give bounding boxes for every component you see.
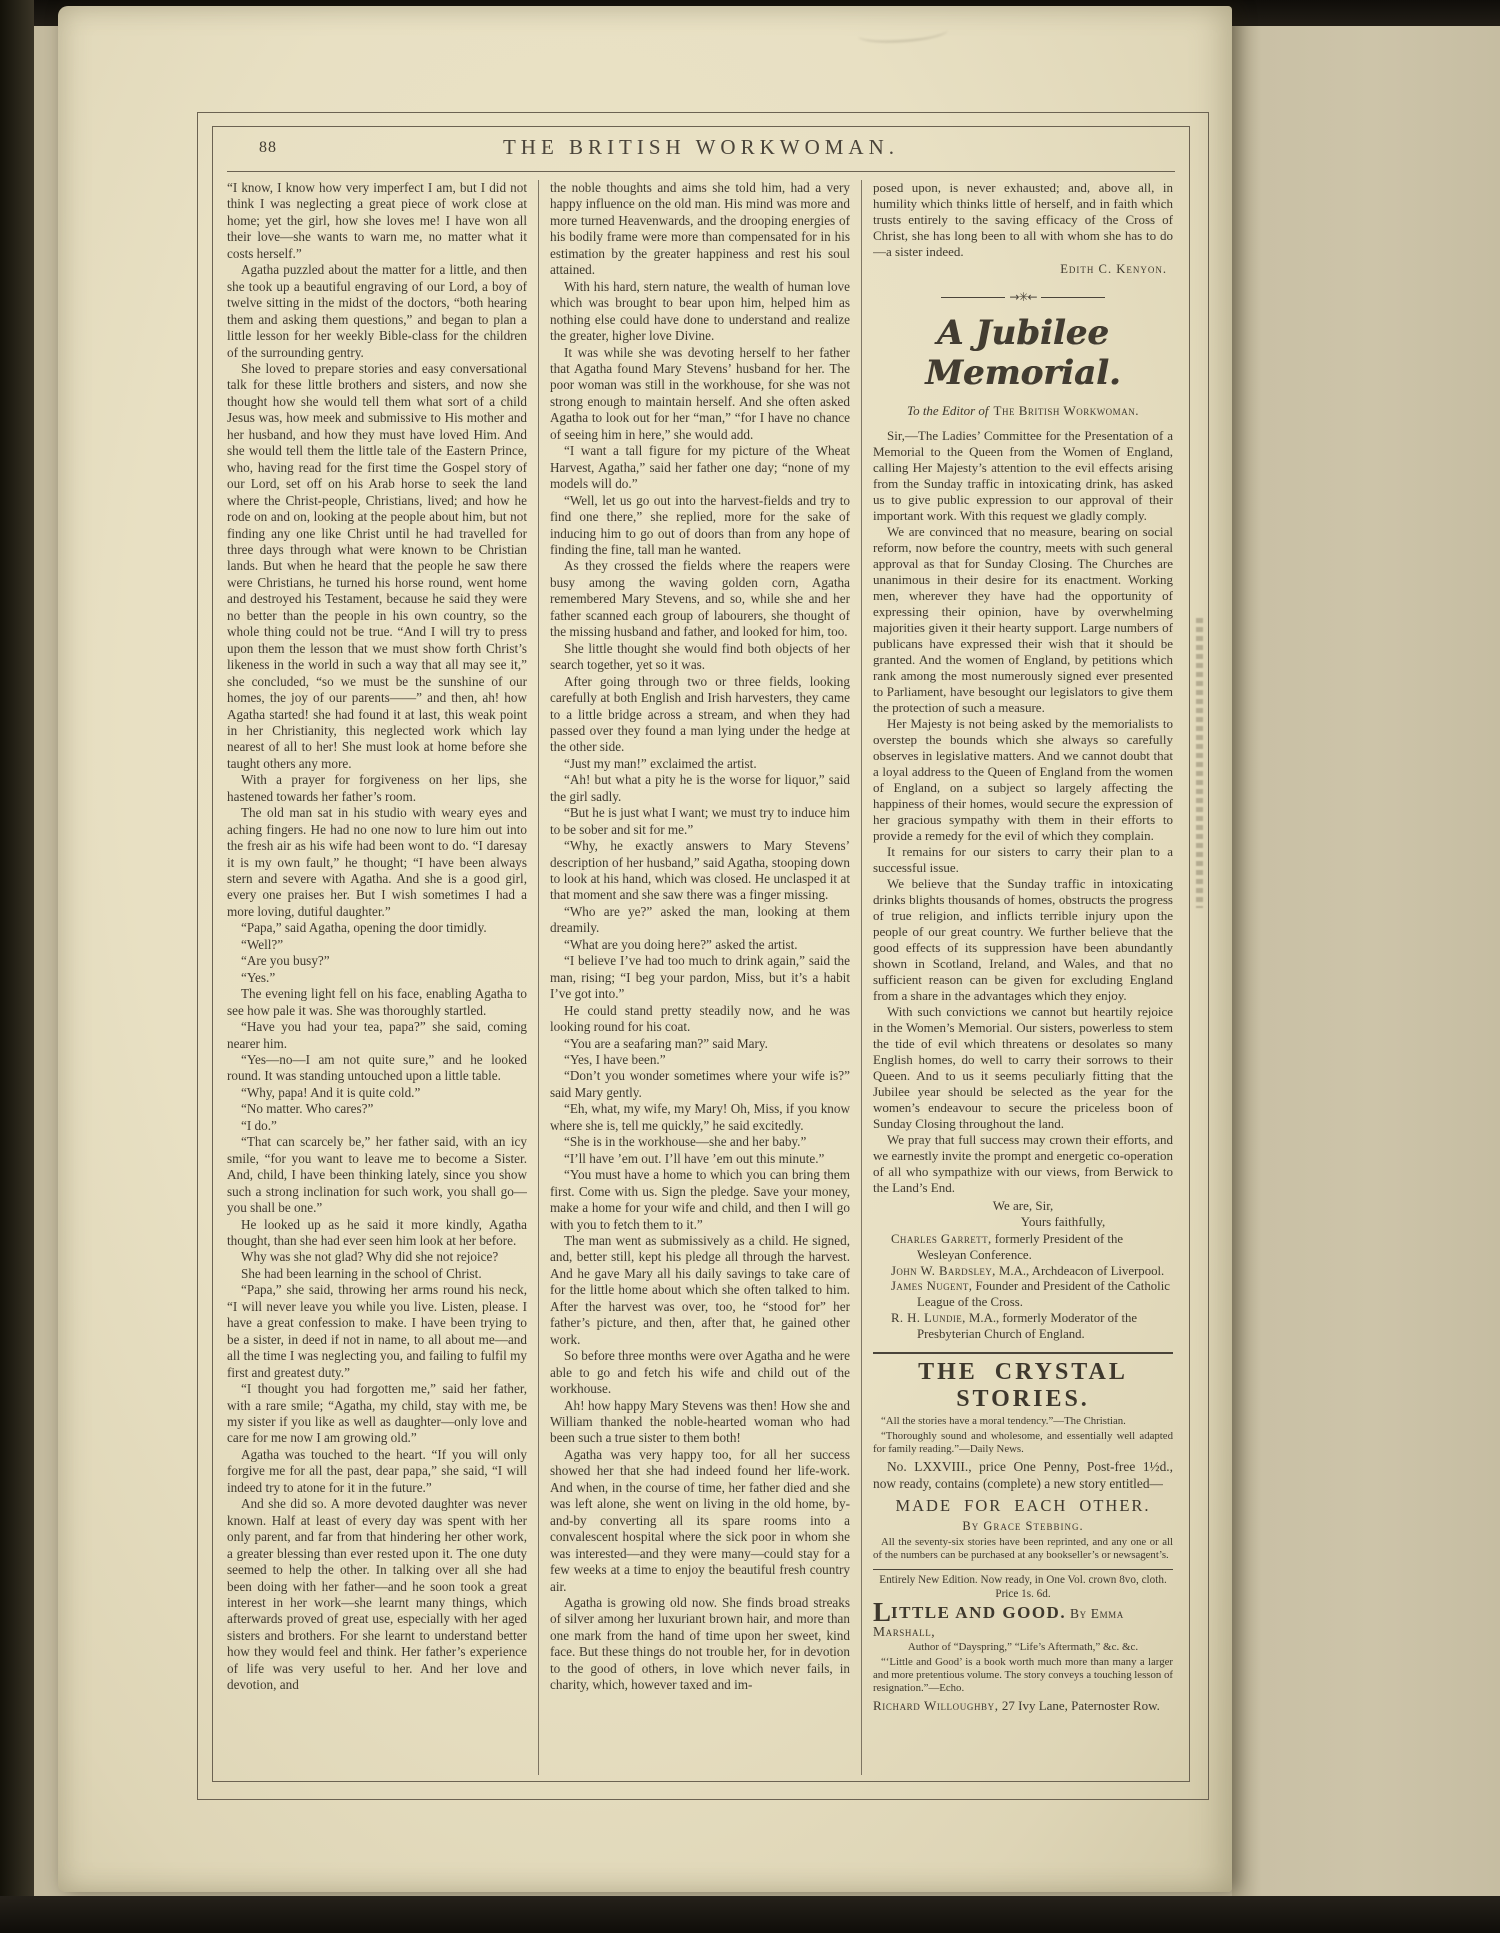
text-columns: “I know, I know how very imperfect I am,…: [213, 172, 1189, 1781]
story-paragraph: “Just my man!” exclaimed the artist.: [550, 756, 850, 772]
signature-line: James Nugent, Founder and President of t…: [873, 1279, 1173, 1311]
story-paragraph: The old man sat in his studio with weary…: [227, 805, 527, 920]
story-paragraph: Agatha was very happy too, for all her s…: [550, 1447, 850, 1595]
memorial-letter-body: Sir,—The Ladies’ Committee for the Prese…: [873, 428, 1173, 1196]
ad-issue-line: No. LXXVIII., price One Penny, Post-free…: [873, 1459, 1173, 1492]
story-paragraph: Agatha is growing old now. She finds bro…: [550, 1595, 850, 1694]
story-paragraph: With his hard, stern nature, the wealth …: [550, 279, 850, 345]
ad-price-line: Price 1s. 6d.: [873, 1588, 1173, 1602]
page-border-inner: 88 THE BRITISH WORKWOMAN. “I know, I kno…: [212, 126, 1190, 1782]
story-paragraph: “I know, I know how very imperfect I am,…: [227, 180, 527, 262]
story-paragraph: “Papa,” she said, throwing her arms roun…: [227, 1282, 527, 1381]
salutation-journal-name: The British Workwoman.: [994, 403, 1139, 418]
ad-author-credits: Author of “Dayspring,” “Life’s Aftermath…: [873, 1641, 1173, 1654]
masthead-title: THE BRITISH WORKWOMAN.: [227, 135, 1175, 160]
story-paragraph: “Yes—no—I am not quite sure,” and he loo…: [227, 1052, 527, 1085]
scanned-book-photo: { "page": { "number": "88", "masthead": …: [0, 0, 1500, 1933]
ad-edition-line: Entirely New Edition. Now ready, in One …: [873, 1574, 1173, 1588]
story-paragraph: “I do.”: [227, 1118, 527, 1134]
ad-title-dropcap: L: [873, 1597, 891, 1627]
signature-line: John W. Bardsley, M.A., Archdeacon of Li…: [873, 1264, 1173, 1280]
salutation-prefix: To the Editor of: [907, 403, 989, 418]
letter-paragraph: It remains for our sisters to carry thei…: [873, 844, 1173, 876]
story-paragraph: “Why, he exactly answers to Mary Stevens…: [550, 838, 850, 904]
ad-story-author: By Grace Stebbing.: [873, 1519, 1173, 1534]
story-paragraph: She had been learning in the school of C…: [227, 1266, 527, 1282]
story-conclusion: posed upon, is never exhausted; and, abo…: [873, 180, 1173, 260]
little-and-good-ad: Entirely New Edition. Now ready, in One …: [873, 1569, 1173, 1714]
divider-line-left: [941, 297, 1005, 298]
letter-paragraph: We pray that full success may crown thei…: [873, 1132, 1173, 1196]
divider-ornament-glyph: →✳←: [1009, 290, 1036, 304]
column-3: posed upon, is never exhausted; and, abo…: [873, 180, 1173, 1775]
story-paragraph: “Why, papa! And it is quite cold.”: [227, 1085, 527, 1101]
story-paragraph: It was while she was devoting herself to…: [550, 345, 850, 444]
story-paragraph: “I believe I’ve had too much to drink ag…: [550, 953, 850, 1002]
letter-paragraph: We believe that the Sunday traffic in in…: [873, 876, 1173, 1004]
letter-paragraph: With such convictions we cannot but hear…: [873, 1004, 1173, 1132]
scan-dark-edge-bottom: [0, 1896, 1500, 1933]
story-paragraph: He looked up as he said it more kindly, …: [227, 1217, 527, 1250]
story-paragraph: As they crossed the fields where the rea…: [550, 558, 850, 640]
ad-book-title: LITTLE AND GOOD. By Emma Marshall,: [873, 1603, 1173, 1641]
story-paragraph: “Are you busy?”: [227, 953, 527, 969]
story-paragraph: “She is in the workhouse—she and her bab…: [550, 1134, 850, 1150]
story-paragraph: “Papa,” said Agatha, opening the door ti…: [227, 920, 527, 936]
story-paragraph: She little thought she would find both o…: [550, 641, 850, 674]
story-paragraph: He could stand pretty steadily now, and …: [550, 1003, 850, 1036]
story-paragraph: Ah! how happy Mary Stevens was then! How…: [550, 1398, 850, 1447]
ad-reprint-note: All the seventy-six stories have been re…: [873, 1536, 1173, 1562]
story-paragraph: Agatha puzzled about the matter for a li…: [227, 262, 527, 361]
ad-review-quote: “‘Little and Good’ is a book worth much …: [873, 1656, 1173, 1696]
story-paragraph: “But he is just what I want; we must try…: [550, 805, 850, 838]
memorial-article-title: A Jubilee Memorial.: [873, 313, 1173, 393]
signature-line: R. H. Lundie, M.A., formerly Moderator o…: [873, 1311, 1173, 1343]
signature-line: Charles Garrett, formerly President of t…: [873, 1232, 1173, 1264]
letter-paragraph: Sir,—The Ladies’ Committee for the Prese…: [873, 428, 1173, 524]
story-paragraph: “Well?”: [227, 937, 527, 953]
memorial-salutation: To the Editor ofThe British Workwoman.: [873, 403, 1173, 419]
story-paragraph: So before three months were over Agatha …: [550, 1348, 850, 1397]
ad-title-rest: ITTLE AND GOOD.: [891, 1603, 1066, 1622]
story-paragraph: “Ah! but what a pity he is the worse for…: [550, 772, 850, 805]
story-paragraph: She loved to prepare stories and easy co…: [227, 361, 527, 772]
story-paragraph: the noble thoughts and aims she told him…: [550, 180, 850, 279]
story-paragraph: “Who are ye?” asked the man, looking at …: [550, 904, 850, 937]
column-2: the noble thoughts and aims she told him…: [550, 180, 850, 1775]
column-rule-2: [861, 180, 862, 1775]
story-paragraph: “Don’t you wonder sometimes where your w…: [550, 1068, 850, 1101]
publisher-name: Richard Willoughby,: [873, 1698, 999, 1713]
letter-paragraph: Her Majesty is not being asked by the me…: [873, 716, 1173, 844]
letter-paragraph: We are convinced that no measure, bearin…: [873, 524, 1173, 716]
story-paragraph: “That can scarcely be,” her father said,…: [227, 1134, 527, 1216]
section-divider-ornament: →✳←: [873, 290, 1173, 304]
book-page-edges: [26, 6, 142, 1894]
divider-line-right: [1041, 297, 1105, 298]
ad-press-quote: “All the stories have a moral tendency.”…: [873, 1415, 1173, 1428]
story-paragraph: “Have you had your tea, papa?” she said,…: [227, 1019, 527, 1052]
story-paragraph: “You must have a home to which you can b…: [550, 1167, 850, 1233]
story-paragraph: Why was she not glad? Why did she not re…: [227, 1249, 527, 1265]
story-paragraph: And she did so. A more devoted daughter …: [227, 1496, 527, 1693]
story-paragraph: “Well, let us go out into the harvest-fi…: [550, 493, 850, 559]
ad-publisher-line: Richard Willoughby, 27 Ivy Lane, Paterno…: [873, 1698, 1173, 1714]
column-rule-1: [538, 180, 539, 1775]
story-paragraph: “What are you doing here?” asked the art…: [550, 937, 850, 953]
story-paragraph: posed upon, is never exhausted; and, abo…: [873, 180, 1173, 260]
page-border-outer: 88 THE BRITISH WORKWOMAN. “I know, I kno…: [197, 112, 1209, 1800]
story-paragraph: The man went as submissively as a child.…: [550, 1233, 850, 1348]
story-paragraph: “I’ll have ’em out. I’ll have ’em out th…: [550, 1151, 850, 1167]
letter-closing-line-1: We are, Sir,: [873, 1198, 1173, 1214]
story-paragraph: “Yes, I have been.”: [550, 1052, 850, 1068]
story-paragraph: After going through two or three fields,…: [550, 674, 850, 756]
story-paragraph: “I thought you had forgotten me,” said h…: [227, 1381, 527, 1447]
ad-headline: THE CRYSTAL STORIES.: [873, 1359, 1173, 1413]
letter-signatures: Charles Garrett, formerly President of t…: [873, 1232, 1173, 1343]
story-paragraph: The evening light fell on his face, enab…: [227, 986, 527, 1019]
story-byline: Edith C. Kenyon.: [873, 262, 1167, 277]
pencil-scribble: [857, 21, 948, 45]
ad-story-title: MADE FOR EACH OTHER.: [873, 1496, 1173, 1516]
story-paragraph: “You are a seafaring man?” said Mary.: [550, 1036, 850, 1052]
story-paragraph: Agatha was touched to the heart. “If you…: [227, 1447, 527, 1496]
story-paragraph: “I want a tall figure for my picture of …: [550, 443, 850, 492]
printed-page: 88 THE BRITISH WORKWOMAN. “I know, I kno…: [58, 6, 1232, 1892]
story-paragraph: “Eh, what, my wife, my Mary! Oh, Miss, i…: [550, 1101, 850, 1134]
crystal-stories-ad: THE CRYSTAL STORIES. “All the stories ha…: [873, 1352, 1173, 1563]
scan-background-right: [1232, 26, 1500, 1896]
story-paragraph: “No matter. Who cares?”: [227, 1101, 527, 1117]
publisher-address: 27 Ivy Lane, Paternoster Row.: [999, 1698, 1160, 1713]
story-paragraph: “Yes.”: [227, 970, 527, 986]
story-paragraph: With a prayer for forgiveness on her lip…: [227, 772, 527, 805]
letter-closing-line-2: Yours faithfully,: [873, 1214, 1133, 1230]
ad-press-quote: “Thoroughly sound and wholesome, and ess…: [873, 1430, 1173, 1456]
column-1: “I know, I know how very imperfect I am,…: [227, 180, 527, 1775]
page-header: 88 THE BRITISH WORKWOMAN.: [227, 127, 1175, 172]
